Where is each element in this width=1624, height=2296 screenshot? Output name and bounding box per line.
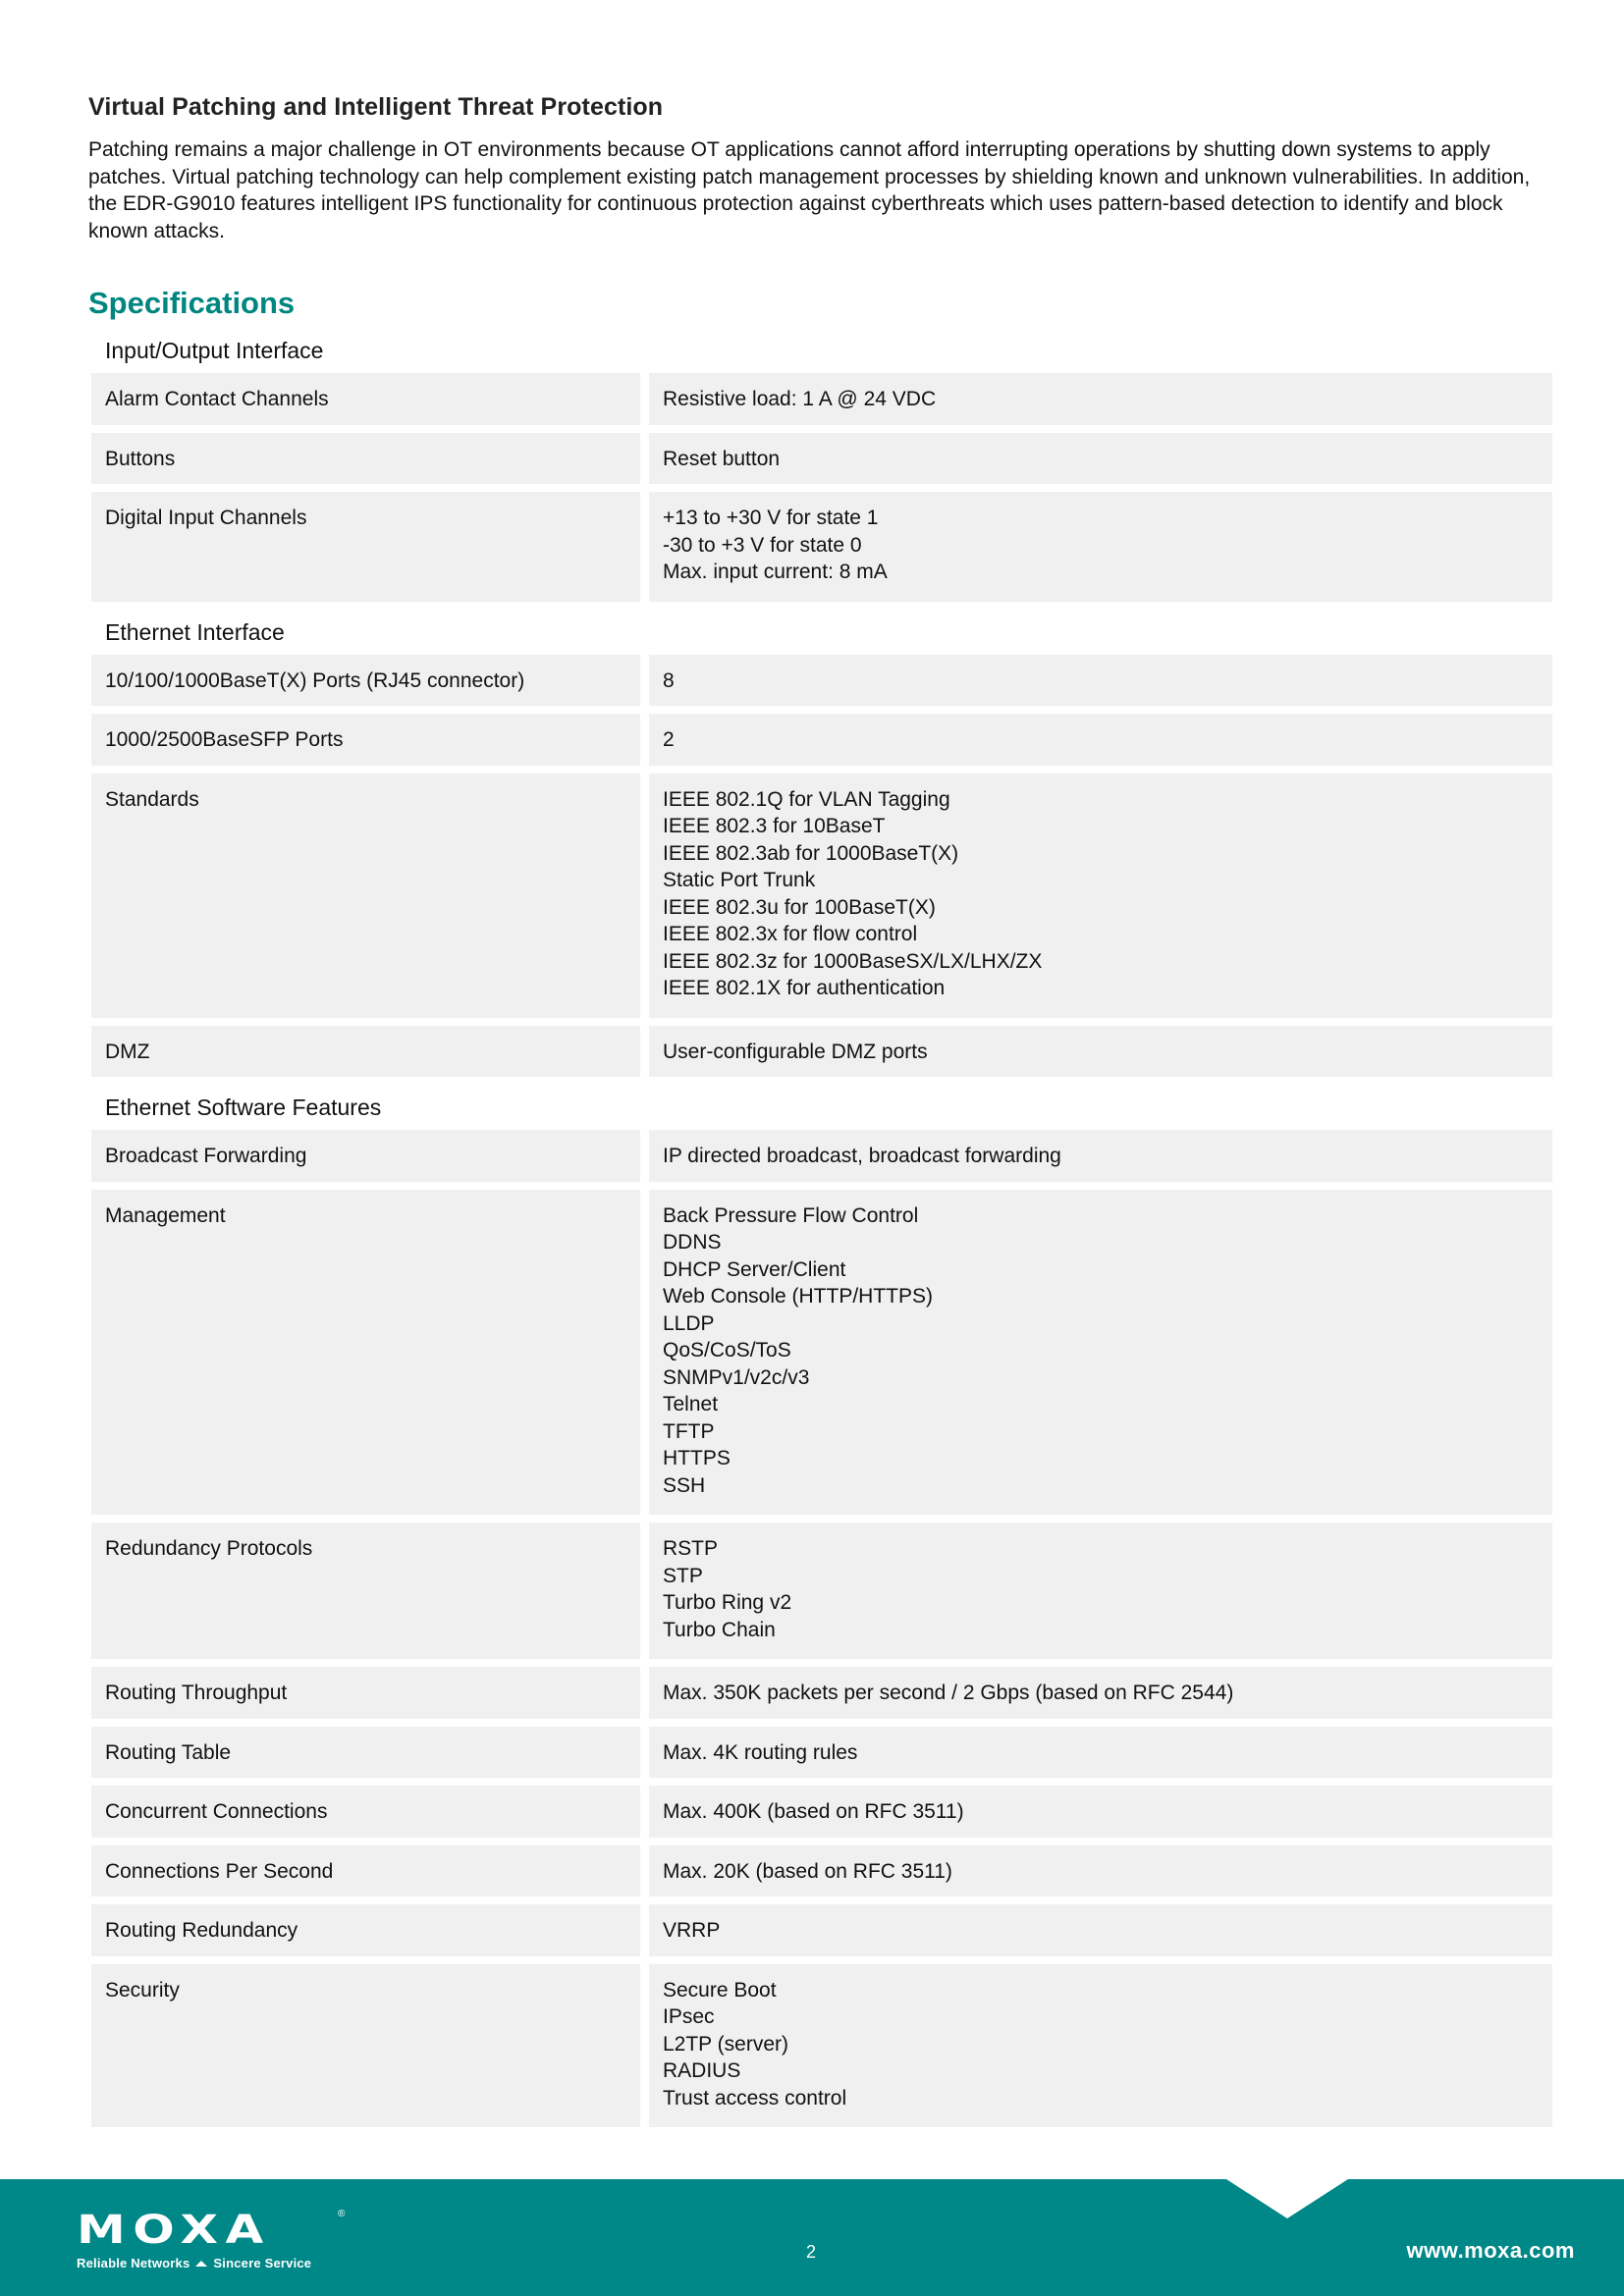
spec-value-line: RSTP — [663, 1535, 1539, 1563]
spec-label: Routing Throughput — [91, 1667, 640, 1719]
spec-value-line: Turbo Chain — [663, 1617, 1539, 1644]
spec-value: VRRP — [649, 1904, 1552, 1956]
spec-section-title: Ethernet Software Features — [91, 1093, 1552, 1122]
spec-label: Concurrent Connections — [91, 1786, 640, 1838]
registered-mark: ® — [338, 2209, 345, 2219]
spec-row: 10/100/1000BaseT(X) Ports (RJ45 connecto… — [91, 655, 1552, 707]
spec-label: DMZ — [91, 1026, 640, 1078]
tagline-right: Sincere Service — [213, 2256, 311, 2270]
spec-value-line: LLDP — [663, 1310, 1539, 1338]
spec-value-line: 2 — [663, 726, 1539, 754]
footer-notch — [1226, 2179, 1348, 2218]
spec-label: Management — [91, 1190, 640, 1516]
tagline-left: Reliable Networks — [77, 2256, 189, 2270]
spec-value: 2 — [649, 714, 1552, 766]
spec-section-title: Ethernet Interface — [91, 617, 1552, 647]
spec-label: 1000/2500BaseSFP Ports — [91, 714, 640, 766]
moxa-logo: MOXA ® Reliable NetworksSincere Service — [77, 2213, 311, 2270]
spec-row: Connections Per SecondMax. 20K (based on… — [91, 1845, 1552, 1897]
spec-label: Routing Redundancy — [91, 1904, 640, 1956]
spec-value: Max. 20K (based on RFC 3511) — [649, 1845, 1552, 1897]
page-number: 2 — [806, 2242, 816, 2263]
spec-value-line: Secure Boot — [663, 1977, 1539, 2004]
spec-value-line: Trust access control — [663, 2085, 1539, 2112]
spec-label: Connections Per Second — [91, 1845, 640, 1897]
spec-value: +13 to +30 V for state 1-30 to +3 V for … — [649, 492, 1552, 602]
spec-row: Routing RedundancyVRRP — [91, 1904, 1552, 1956]
spec-value: User-configurable DMZ ports — [649, 1026, 1552, 1078]
triangle-icon — [195, 2261, 207, 2267]
spec-value: Back Pressure Flow ControlDDNSDHCP Serve… — [649, 1190, 1552, 1516]
spec-row: Broadcast ForwardingIP directed broadcas… — [91, 1130, 1552, 1182]
spec-value-line: IPsec — [663, 2003, 1539, 2031]
spec-value-line: Reset button — [663, 446, 1539, 473]
spec-row: Redundancy ProtocolsRSTPSTPTurbo Ring v2… — [91, 1522, 1552, 1659]
spec-label: Alarm Contact Channels — [91, 373, 640, 425]
spec-value-line: +13 to +30 V for state 1 — [663, 505, 1539, 532]
spec-value-line: Static Port Trunk — [663, 867, 1539, 894]
spec-value: RSTPSTPTurbo Ring v2Turbo Chain — [649, 1522, 1552, 1659]
spec-value-line: Max. 350K packets per second / 2 Gbps (b… — [663, 1680, 1539, 1707]
spec-row: ManagementBack Pressure Flow ControlDDNS… — [91, 1190, 1552, 1516]
spec-value-line: Max. 4K routing rules — [663, 1739, 1539, 1767]
spec-value-line: Max. input current: 8 mA — [663, 559, 1539, 586]
logo-tagline: Reliable NetworksSincere Service — [77, 2256, 311, 2270]
spec-value-line: DDNS — [663, 1229, 1539, 1256]
spec-row: DMZUser-configurable DMZ ports — [91, 1026, 1552, 1078]
spec-value-line: HTTPS — [663, 1445, 1539, 1472]
spec-label: Broadcast Forwarding — [91, 1130, 640, 1182]
spec-label: Standards — [91, 774, 640, 1018]
spec-label: Security — [91, 1964, 640, 2128]
website-link[interactable]: www.moxa.com — [1407, 2238, 1575, 2264]
spec-section: Input/Output InterfaceAlarm Contact Chan… — [91, 336, 1552, 602]
intro-paragraph: Patching remains a major challenge in OT… — [88, 136, 1551, 244]
logo-wordmark: MOXA — [77, 2213, 271, 2248]
spec-label: 10/100/1000BaseT(X) Ports (RJ45 connecto… — [91, 655, 640, 707]
spec-value-line: IEEE 802.3u for 100BaseT(X) — [663, 894, 1539, 922]
spec-section: Ethernet Interface10/100/1000BaseT(X) Po… — [91, 617, 1552, 1078]
spec-value-line: SNMPv1/v2c/v3 — [663, 1364, 1539, 1392]
spec-value: Max. 4K routing rules — [649, 1727, 1552, 1779]
spec-label: Digital Input Channels — [91, 492, 640, 602]
spec-value-line: VRRP — [663, 1917, 1539, 1945]
spec-value-line: IEEE 802.3x for flow control — [663, 921, 1539, 948]
spec-value-line: Max. 20K (based on RFC 3511) — [663, 1858, 1539, 1886]
spec-label: Redundancy Protocols — [91, 1522, 640, 1659]
page-footer: MOXA ® Reliable NetworksSincere Service … — [0, 2179, 1624, 2296]
spec-row: StandardsIEEE 802.1Q for VLAN TaggingIEE… — [91, 774, 1552, 1018]
spec-value-line: L2TP (server) — [663, 2031, 1539, 2058]
spec-value-line: IEEE 802.3 for 10BaseT — [663, 813, 1539, 840]
spec-row: Routing ThroughputMax. 350K packets per … — [91, 1667, 1552, 1719]
spec-value-line: 8 — [663, 667, 1539, 695]
spec-value-line: Max. 400K (based on RFC 3511) — [663, 1798, 1539, 1826]
specifications-table: Input/Output InterfaceAlarm Contact Chan… — [91, 336, 1552, 2135]
spec-value-line: DHCP Server/Client — [663, 1256, 1539, 1284]
spec-value-line: -30 to +3 V for state 0 — [663, 532, 1539, 560]
spec-label: Routing Table — [91, 1727, 640, 1779]
spec-row: Concurrent ConnectionsMax. 400K (based o… — [91, 1786, 1552, 1838]
spec-value-line: QoS/CoS/ToS — [663, 1337, 1539, 1364]
spec-value-line: TFTP — [663, 1418, 1539, 1446]
spec-section: Ethernet Software FeaturesBroadcast Forw… — [91, 1093, 1552, 2127]
spec-value-line: STP — [663, 1563, 1539, 1590]
spec-value-line: Telnet — [663, 1391, 1539, 1418]
intro-heading: Virtual Patching and Intelligent Threat … — [88, 93, 663, 122]
spec-value-line: IEEE 802.3ab for 1000BaseT(X) — [663, 840, 1539, 868]
spec-row: 1000/2500BaseSFP Ports2 — [91, 714, 1552, 766]
spec-value: Secure BootIPsecL2TP (server)RADIUSTrust… — [649, 1964, 1552, 2128]
spec-row: Alarm Contact ChannelsResistive load: 1 … — [91, 373, 1552, 425]
spec-value: Resistive load: 1 A @ 24 VDC — [649, 373, 1552, 425]
spec-value-line: IEEE 802.1Q for VLAN Tagging — [663, 786, 1539, 814]
spec-value-line: User-configurable DMZ ports — [663, 1039, 1539, 1066]
spec-row: Digital Input Channels+13 to +30 V for s… — [91, 492, 1552, 602]
spec-row: Routing TableMax. 4K routing rules — [91, 1727, 1552, 1779]
spec-value-line: IEEE 802.3z for 1000BaseSX/LX/LHX/ZX — [663, 948, 1539, 976]
datasheet-page: Virtual Patching and Intelligent Threat … — [0, 0, 1624, 2296]
spec-section-title: Input/Output Interface — [91, 336, 1552, 365]
spec-value-line: RADIUS — [663, 2057, 1539, 2085]
spec-label: Buttons — [91, 433, 640, 485]
spec-value-line: Turbo Ring v2 — [663, 1589, 1539, 1617]
spec-row: ButtonsReset button — [91, 433, 1552, 485]
spec-value-line: IP directed broadcast, broadcast forward… — [663, 1143, 1539, 1170]
spec-value: Max. 350K packets per second / 2 Gbps (b… — [649, 1667, 1552, 1719]
spec-value: 8 — [649, 655, 1552, 707]
spec-value-line: Resistive load: 1 A @ 24 VDC — [663, 386, 1539, 413]
spec-value-line: Web Console (HTTP/HTTPS) — [663, 1283, 1539, 1310]
spec-value: IEEE 802.1Q for VLAN TaggingIEEE 802.3 f… — [649, 774, 1552, 1018]
spec-value-line: IEEE 802.1X for authentication — [663, 975, 1539, 1002]
spec-value: IP directed broadcast, broadcast forward… — [649, 1130, 1552, 1182]
spec-row: SecuritySecure BootIPsecL2TP (server)RAD… — [91, 1964, 1552, 2128]
spec-value-line: Back Pressure Flow Control — [663, 1202, 1539, 1230]
spec-value: Max. 400K (based on RFC 3511) — [649, 1786, 1552, 1838]
spec-value: Reset button — [649, 433, 1552, 485]
specifications-heading: Specifications — [88, 286, 295, 321]
spec-value-line: SSH — [663, 1472, 1539, 1500]
